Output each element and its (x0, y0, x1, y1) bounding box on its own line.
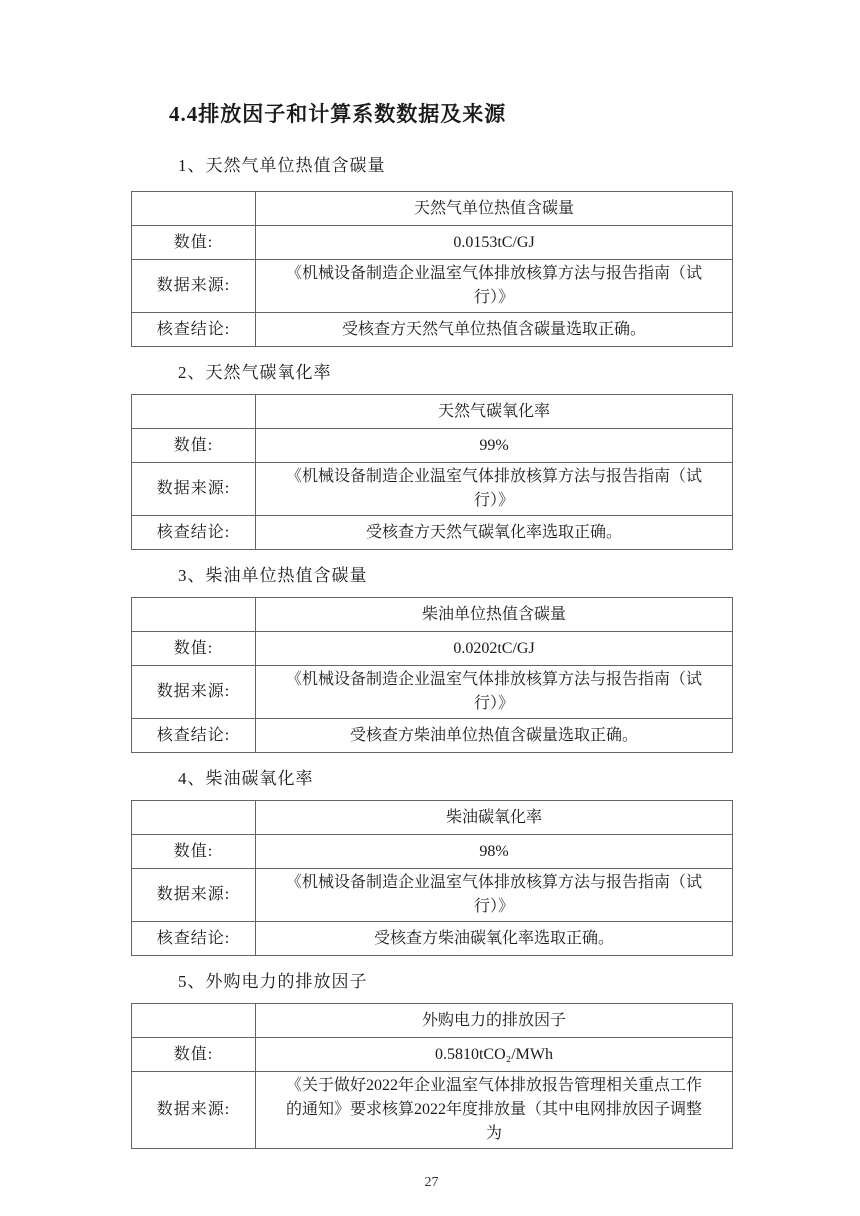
source-label: 数据来源: (132, 666, 256, 719)
conclusion-label: 核查结论: (132, 516, 256, 550)
table-row: 数据来源: 《机械设备制造企业温室气体排放核算方法与报告指南（试行）》 (132, 869, 733, 922)
conclusion-cell: 受核查方天然气单位热值含碳量选取正确。 (256, 313, 733, 347)
value-label: 数值: (132, 429, 256, 463)
table-corner-cell (132, 192, 256, 226)
section-title: 4.4排放因子和计算系数数据及来源 (169, 100, 732, 128)
table-title-cell: 柴油单位热值含碳量 (256, 598, 733, 632)
table-header-row: 柴油碳氧化率 (132, 801, 733, 835)
factor-table-purchased-electricity-emission-factor: 外购电力的排放因子 数值: 0.5810tCO₂/MWh 数据来源: 《关于做好… (131, 1003, 733, 1149)
source-label: 数据来源: (132, 1072, 256, 1149)
conclusion-cell: 受核查方柴油单位热值含碳量选取正确。 (256, 719, 733, 753)
table-header-row: 外购电力的排放因子 (132, 1004, 733, 1038)
table-row: 核查结论: 受核查方柴油碳氧化率选取正确。 (132, 922, 733, 956)
factor-table-natural-gas-oxidation-rate: 天然气碳氧化率 数值: 99% 数据来源: 《机械设备制造企业温室气体排放核算方… (131, 394, 733, 550)
table-row: 数据来源: 《机械设备制造企业温室气体排放核算方法与报告指南（试行）》 (132, 666, 733, 719)
table-row: 数值: 0.0153tC/GJ (132, 226, 733, 260)
source-cell: 《机械设备制造企业温室气体排放核算方法与报告指南（试行）》 (256, 463, 733, 516)
source-cell: 《机械设备制造企业温室气体排放核算方法与报告指南（试行）》 (256, 666, 733, 719)
factor-table-natural-gas-carbon-content: 天然气单位热值含碳量 数值: 0.0153tC/GJ 数据来源: 《机械设备制造… (131, 191, 733, 347)
table-row: 数据来源: 《机械设备制造企业温室气体排放核算方法与报告指南（试行）》 (132, 463, 733, 516)
table-corner-cell (132, 1004, 256, 1038)
value-label: 数值: (132, 632, 256, 666)
source-label: 数据来源: (132, 463, 256, 516)
table-row: 核查结论: 受核查方天然气碳氧化率选取正确。 (132, 516, 733, 550)
subsection-heading-4: 4、柴油碳氧化率 (178, 767, 732, 791)
subsection-heading-3: 3、柴油单位热值含碳量 (178, 564, 732, 588)
table-header-row: 柴油单位热值含碳量 (132, 598, 733, 632)
subsection-heading-2: 2、天然气碳氧化率 (178, 361, 732, 385)
source-cell: 《关于做好2022年企业温室气体排放报告管理相关重点工作的通知》要求核算2022… (256, 1072, 733, 1149)
table-row: 核查结论: 受核查方天然气单位热值含碳量选取正确。 (132, 313, 733, 347)
table-header-row: 天然气单位热值含碳量 (132, 192, 733, 226)
table-row: 数据来源: 《关于做好2022年企业温室气体排放报告管理相关重点工作的通知》要求… (132, 1072, 733, 1149)
table-title-cell: 外购电力的排放因子 (256, 1004, 733, 1038)
source-label: 数据来源: (132, 260, 256, 313)
factor-table-diesel-oxidation-rate: 柴油碳氧化率 数值: 98% 数据来源: 《机械设备制造企业温室气体排放核算方法… (131, 800, 733, 956)
page-content: 4.4排放因子和计算系数数据及来源 1、天然气单位热值含碳量 天然气单位热值含碳… (131, 0, 732, 1191)
table-corner-cell (132, 598, 256, 632)
table-corner-cell (132, 801, 256, 835)
page-number: 27 (131, 1175, 732, 1191)
source-cell: 《机械设备制造企业温室气体排放核算方法与报告指南（试行）》 (256, 260, 733, 313)
document-page: 4.4排放因子和计算系数数据及来源 1、天然气单位热值含碳量 天然气单位热值含碳… (0, 0, 860, 1216)
subsection-heading-5: 5、外购电力的排放因子 (178, 970, 732, 994)
value-cell: 0.0202tC/GJ (256, 632, 733, 666)
subsection-heading-1: 1、天然气单位热值含碳量 (178, 154, 732, 178)
table-row: 数据来源: 《机械设备制造企业温室气体排放核算方法与报告指南（试行）》 (132, 260, 733, 313)
source-cell: 《机械设备制造企业温室气体排放核算方法与报告指南（试行）》 (256, 869, 733, 922)
table-title-cell: 天然气碳氧化率 (256, 395, 733, 429)
table-row: 核查结论: 受核查方柴油单位热值含碳量选取正确。 (132, 719, 733, 753)
table-header-row: 天然气碳氧化率 (132, 395, 733, 429)
source-label: 数据来源: (132, 869, 256, 922)
value-label: 数值: (132, 1038, 256, 1072)
table-title-cell: 天然气单位热值含碳量 (256, 192, 733, 226)
table-title-cell: 柴油碳氧化率 (256, 801, 733, 835)
table-row: 数值: 0.0202tC/GJ (132, 632, 733, 666)
value-label: 数值: (132, 226, 256, 260)
value-cell: 98% (256, 835, 733, 869)
conclusion-label: 核查结论: (132, 313, 256, 347)
value-cell: 99% (256, 429, 733, 463)
conclusion-label: 核查结论: (132, 719, 256, 753)
value-cell: 0.0153tC/GJ (256, 226, 733, 260)
table-row: 数值: 0.5810tCO₂/MWh (132, 1038, 733, 1072)
conclusion-cell: 受核查方天然气碳氧化率选取正确。 (256, 516, 733, 550)
conclusion-cell: 受核查方柴油碳氧化率选取正确。 (256, 922, 733, 956)
value-cell: 0.5810tCO₂/MWh (256, 1038, 733, 1072)
table-row: 数值: 98% (132, 835, 733, 869)
value-label: 数值: (132, 835, 256, 869)
factor-table-diesel-carbon-content: 柴油单位热值含碳量 数值: 0.0202tC/GJ 数据来源: 《机械设备制造企… (131, 597, 733, 753)
conclusion-label: 核查结论: (132, 922, 256, 956)
table-row: 数值: 99% (132, 429, 733, 463)
table-corner-cell (132, 395, 256, 429)
